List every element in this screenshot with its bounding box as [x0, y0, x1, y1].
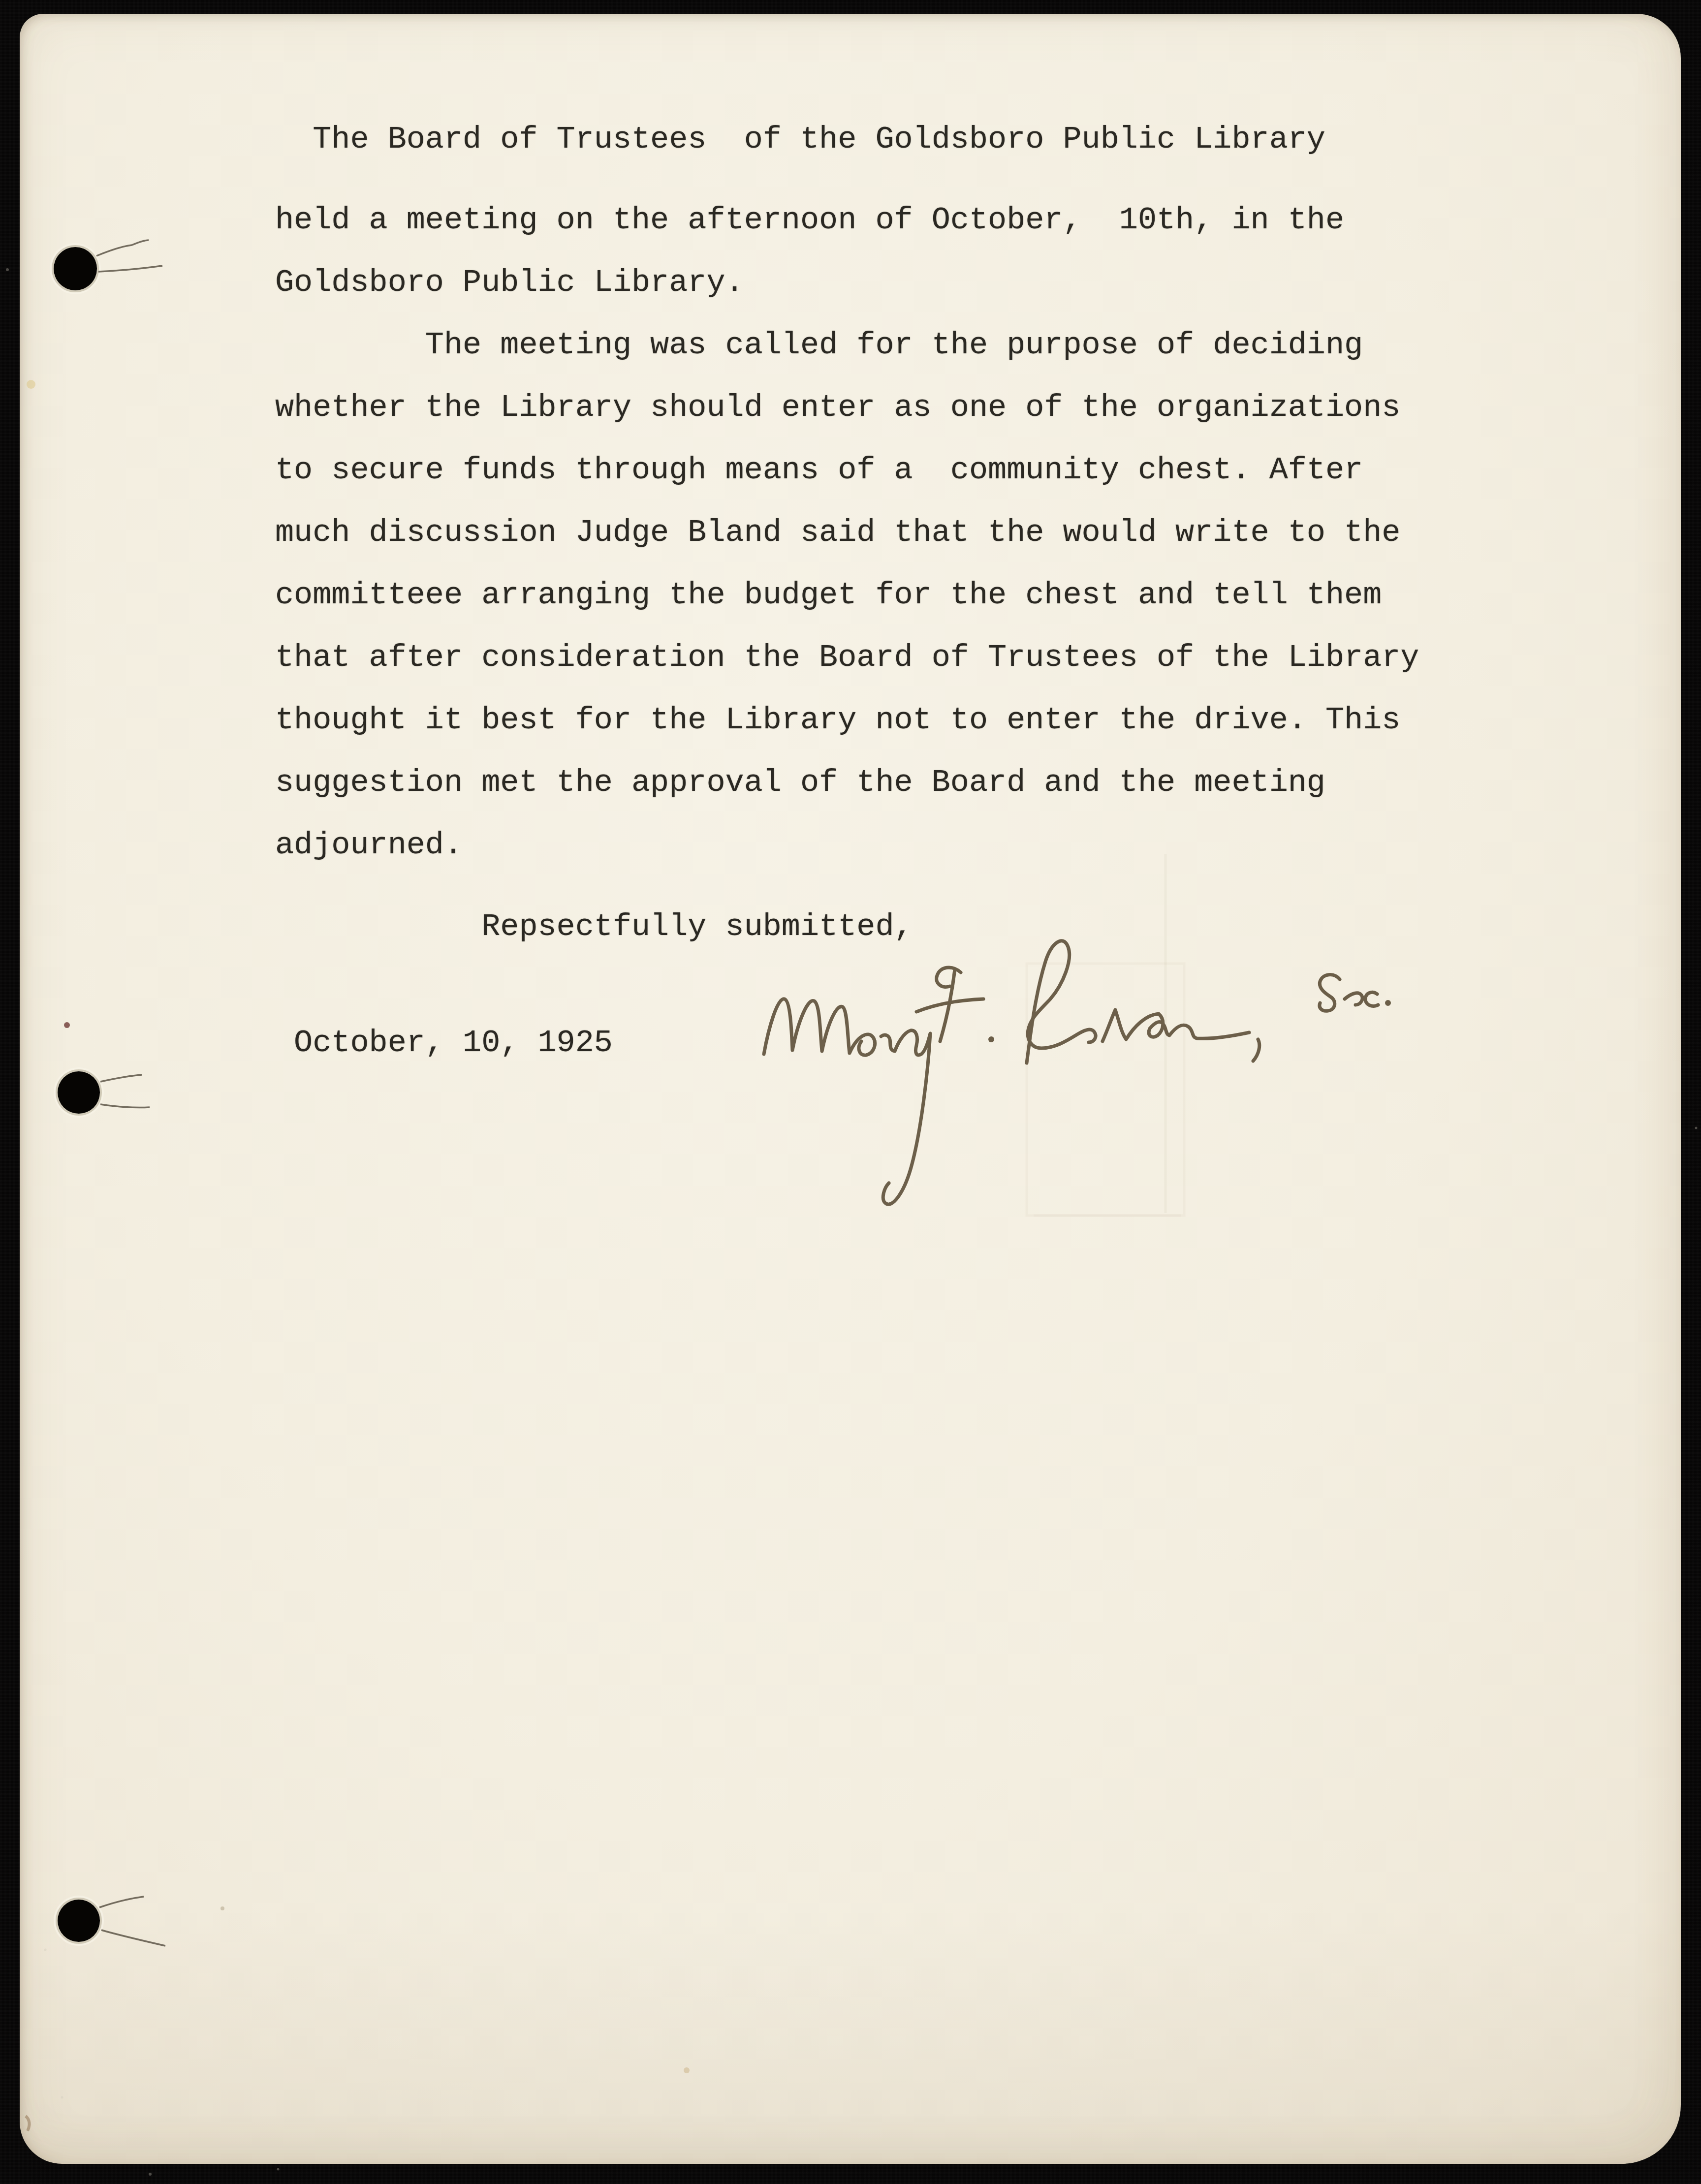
- typed-line: whether the Library should enter as one …: [275, 393, 1400, 424]
- date-line: October, 10, 1925: [275, 1028, 613, 1060]
- typed-line: The Board of Trustees of the Goldsboro P…: [275, 125, 1325, 156]
- typed-line: committeee arranging the budget for the …: [275, 580, 1382, 612]
- typed-line: adjourned.: [275, 830, 463, 862]
- typed-line: thought it best for the Library not to e…: [275, 705, 1400, 737]
- typed-line: much discussion Judge Bland said that th…: [275, 518, 1400, 549]
- typed-line: Repsectfully submitted,: [275, 912, 913, 943]
- typed-line: that after consideration the Board of Tr…: [275, 643, 1419, 674]
- typed-line: held a meeting on the afternoon of Octob…: [275, 205, 1344, 237]
- typed-line: The meeting was called for the purpose o…: [275, 330, 1363, 362]
- typed-line: Goldsboro Public Library.: [275, 268, 744, 299]
- typed-line: to secure funds through means of a commu…: [275, 455, 1363, 487]
- scan-background: The Board of Trustees of the Goldsboro P…: [0, 0, 1701, 2184]
- typed-line: suggestion met the approval of the Board…: [275, 768, 1325, 799]
